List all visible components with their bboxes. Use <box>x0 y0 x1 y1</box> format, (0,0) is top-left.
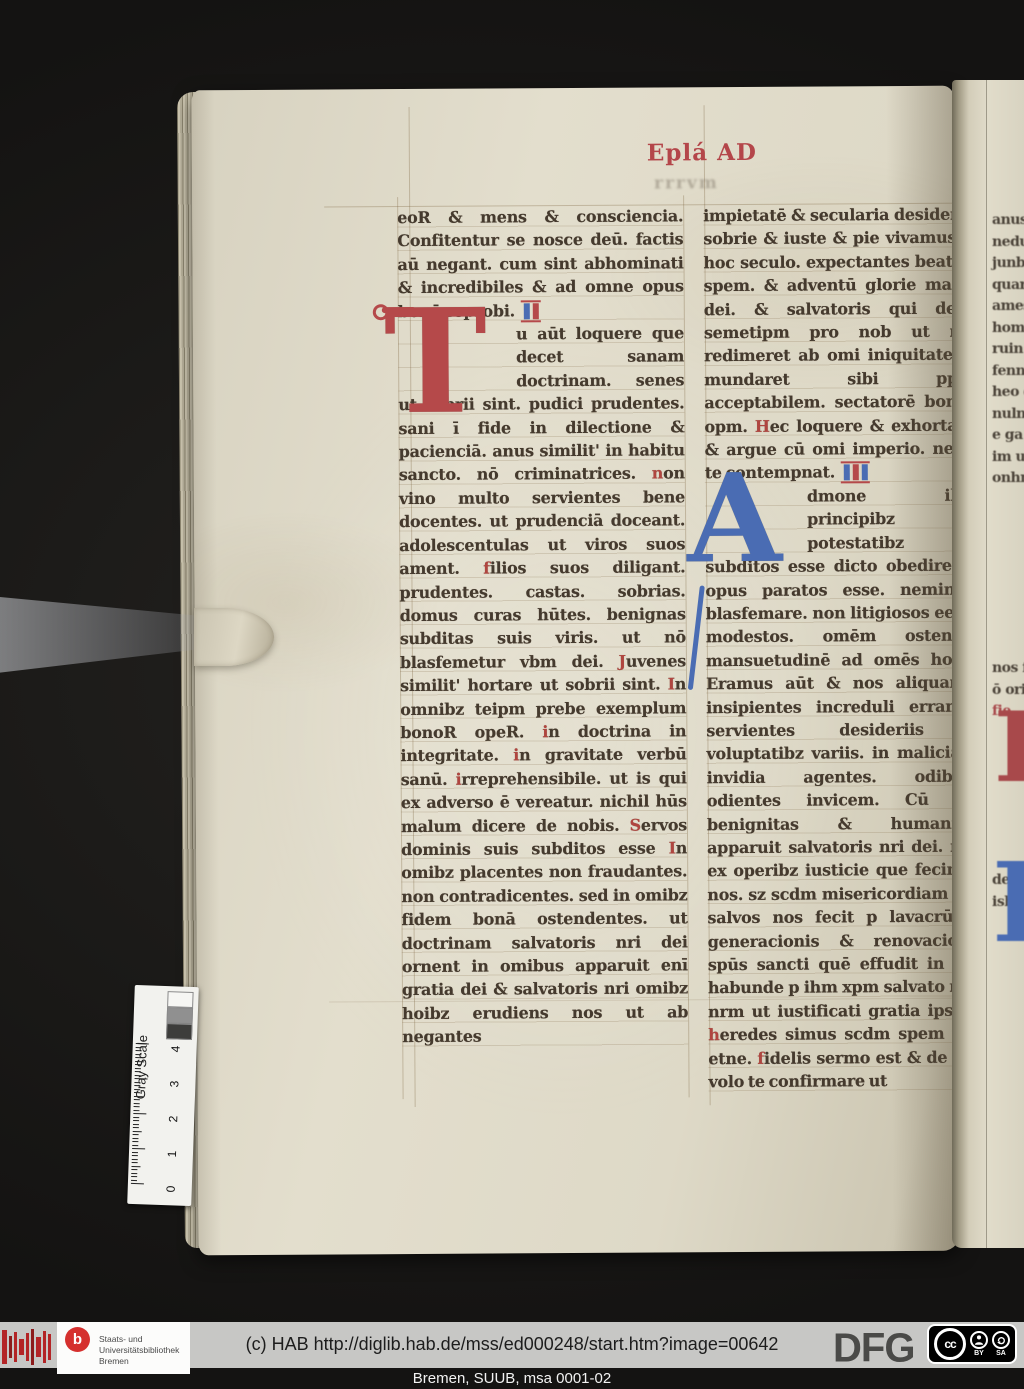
facing-page-text-line: nos fiuncin <box>992 658 1024 680</box>
ruler-tick <box>132 1155 138 1156</box>
section-numeral-iii <box>841 462 870 484</box>
cc-sa-arrow-icon <box>992 1331 1010 1349</box>
running-title-rubric: Eplá AD <box>647 139 757 167</box>
ruler-tick <box>133 1116 139 1117</box>
ruler-tick <box>134 1102 140 1103</box>
ruler-tick <box>133 1130 142 1131</box>
ruler-number: 0 <box>164 1178 178 1192</box>
ruler-tick <box>132 1137 138 1138</box>
gray-patch-white <box>167 991 194 1008</box>
facing-page-text-line: quares & grea <box>992 275 1024 297</box>
ruler-tick <box>134 1095 143 1096</box>
ruler-tick <box>132 1158 138 1159</box>
facing-page-text-fragments-top: anus dmls ognedunt utajunbs hamalquares … <box>992 210 1024 490</box>
grayscale-patches <box>166 991 194 1040</box>
ruler-number: 4 <box>169 1038 183 1052</box>
facing-page-text-line: ruin homin <box>992 339 1024 361</box>
ruler-tick <box>136 1043 149 1044</box>
ruler-tick <box>135 1068 141 1069</box>
ruler-tick <box>135 1071 141 1072</box>
cc-sa-group: SA <box>992 1331 1010 1357</box>
facing-page-initial-blue-p: P <box>992 848 1024 958</box>
facing-page-initial-red-p: P <box>994 700 1024 796</box>
manuscript-page: Eplá AD rrrvm eoR & mens & consciencia. … <box>191 86 961 1256</box>
ruler-number: 2 <box>166 1108 180 1122</box>
dfg-logo: DFG <box>833 1326 914 1372</box>
manuscript-paragraph: Tu aūt loquere que decet sanam doctrinam… <box>398 321 688 1048</box>
gray-patch-mid <box>167 1007 194 1024</box>
ruler-number: 3 <box>167 1073 181 1087</box>
shelfmark-text: Bremen, SUUB, msa 0001-02 <box>0 1370 1024 1387</box>
ruler-tick <box>131 1176 137 1177</box>
facing-page-text-line: nedunt uta <box>992 232 1024 254</box>
ruler-tick <box>135 1061 144 1062</box>
manuscript-paragraph: impietatē & secularia desideria. sobrie … <box>703 203 981 486</box>
manuscript-column-2: impietatē & secularia desideria. sobrie … <box>703 203 984 1094</box>
facing-page-text-line: hom cra un <box>992 318 1024 340</box>
ruler-tick <box>131 1172 137 1173</box>
ruler-tick <box>135 1075 141 1076</box>
cc-by-person-icon <box>970 1331 988 1349</box>
facing-page-text-line: e ga nultin <box>992 425 1024 447</box>
ruler-tick <box>132 1151 138 1152</box>
ruler-tick <box>134 1085 140 1086</box>
page-crease <box>986 80 987 1248</box>
facing-page-edge: anus dmls ognedunt utajunbs hamalquares … <box>952 80 1024 1248</box>
ruler-tick <box>136 1047 142 1048</box>
cc-license-badge: cc BY SA <box>927 1324 1017 1364</box>
cc-icon: cc <box>934 1328 966 1360</box>
facing-page-text-line: im unfera <box>992 447 1024 469</box>
facing-page-text-line: junbs hamal <box>992 253 1024 275</box>
ruler-tick <box>135 1078 148 1079</box>
manuscript-scan-viewport: Eplá AD rrrvm eoR & mens & consciencia. … <box>0 0 1024 1389</box>
facing-page-text-line: anus dmls og <box>992 210 1024 232</box>
facing-page-text-line: ames & pugr <box>992 296 1024 318</box>
ruler-tick <box>132 1165 141 1166</box>
ruler-tick <box>133 1109 139 1110</box>
ruler-tick <box>134 1092 140 1093</box>
ruler-tick <box>131 1169 137 1170</box>
ruler-tick <box>133 1127 139 1128</box>
ruler-tick <box>132 1141 138 1142</box>
facing-page-text-line: onhmum <box>992 468 1024 490</box>
ruler-number: 1 <box>165 1143 179 1157</box>
ruler-tick <box>135 1054 141 1055</box>
illuminated-initial-t: T <box>398 322 516 393</box>
ruler-tick <box>136 1050 142 1051</box>
facing-page-text-line: fennom ai <box>992 361 1024 383</box>
ruler-ticks <box>131 1043 166 1194</box>
ruler-tick <box>134 1081 140 1082</box>
ruler-tick <box>133 1113 146 1114</box>
facing-page-text-line: heo quina fi <box>992 382 1024 404</box>
manuscript-paragraph: Admone illos principibz & potestatibz su… <box>705 483 985 1093</box>
ruler-tick <box>132 1148 145 1149</box>
illuminated-initial-a: A <box>705 484 807 555</box>
bleedthrough-ghost-text: rrrvm <box>654 173 719 193</box>
ruler-tick <box>135 1057 141 1058</box>
ruler-tick <box>135 1064 141 1065</box>
ruler-tick <box>134 1088 140 1089</box>
manuscript-column-1: eoR & mens & consciencia. Confitentur se… <box>397 204 688 1048</box>
ruler-tick <box>131 1183 144 1184</box>
ruler-tick <box>134 1106 140 1107</box>
ruler-tick <box>132 1162 138 1163</box>
cc-by-group: BY <box>970 1331 988 1357</box>
cc-sa-label: SA <box>996 1350 1006 1357</box>
ruler-tick <box>133 1123 139 1124</box>
cc-by-label: BY <box>974 1350 984 1357</box>
ruler-tick <box>133 1120 139 1121</box>
facing-page-text-line: nulnln eft <box>992 404 1024 426</box>
ruler-tick <box>131 1179 137 1180</box>
library-name-line: Bremen <box>99 1356 179 1367</box>
section-numeral-ii <box>521 300 541 322</box>
grayscale-ruler: Gray Scale 43210 <box>127 985 199 1206</box>
ruler-tick <box>133 1134 139 1135</box>
ruler-tick <box>134 1099 140 1100</box>
ruler-tick <box>132 1144 138 1145</box>
